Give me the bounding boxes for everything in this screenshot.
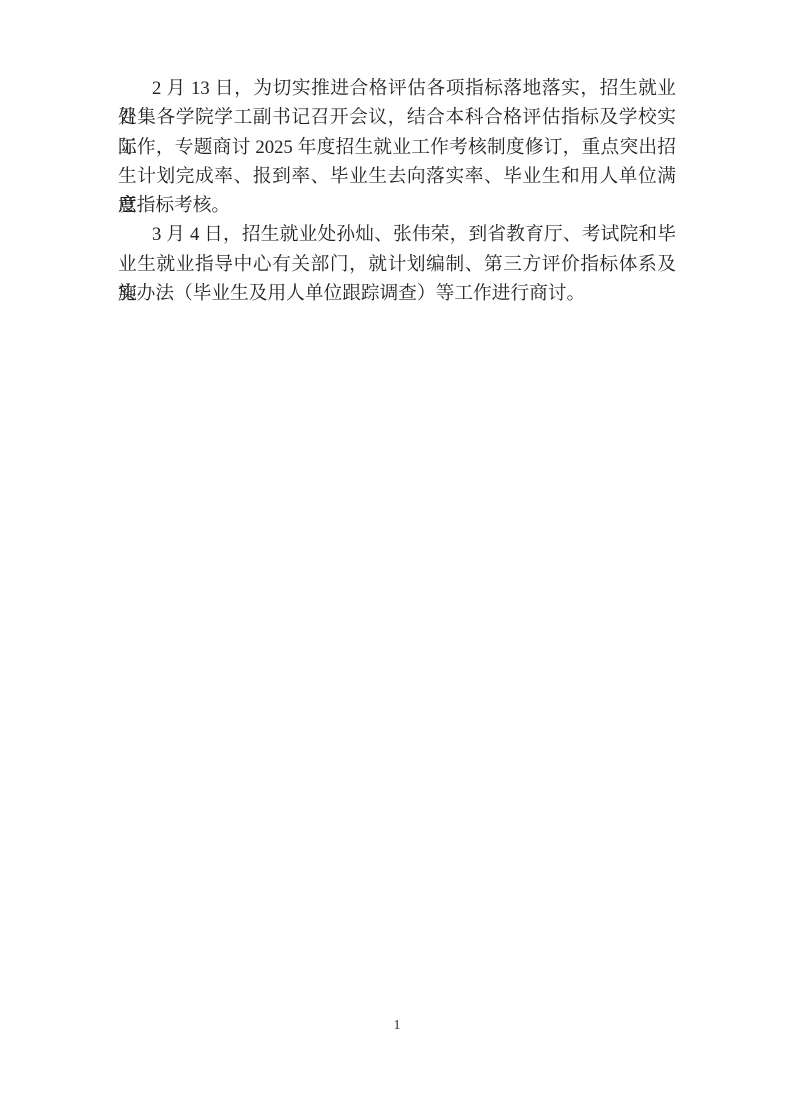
document-body: 2 月 13 日，为切实推进合格评估各项指标落地落实，招生就业处 召集各学院学工… [118, 74, 676, 308]
page-footer: 1 [0, 1016, 794, 1036]
document-page: 2 月 13 日，为切实推进合格评估各项指标落地落实，招生就业处 召集各学院学工… [0, 0, 794, 1108]
text-line: 度指标考核。 [118, 191, 676, 220]
text-line: 生计划完成率、报到率、毕业生去向落实率、毕业生和用人单位满意 [118, 162, 676, 191]
page-number: 1 [394, 1018, 401, 1033]
paragraph-1: 2 月 13 日，为切实推进合格评估各项指标落地落实，招生就业处 召集各学院学工… [118, 74, 676, 220]
text-line: 2 月 13 日，为切实推进合格评估各项指标落地落实，招生就业处 [118, 74, 676, 103]
text-line: 召集各学院学工副书记召开会议，结合本科合格评估指标及学校实际 [118, 103, 676, 132]
text-line: 3 月 4 日，招生就业处孙灿、张伟荣，到省教育厅、考试院和毕 [118, 220, 676, 249]
paragraph-2: 3 月 4 日，招生就业处孙灿、张伟荣，到省教育厅、考试院和毕 业生就业指导中心… [118, 220, 676, 308]
text-line: 施办法（毕业生及用人单位跟踪调查）等工作进行商讨。 [118, 279, 676, 308]
text-line: 业生就业指导中心有关部门，就计划编制、第三方评价指标体系及实 [118, 250, 676, 279]
text-line: 工作，专题商讨 2025 年度招生就业工作考核制度修订，重点突出招 [118, 133, 676, 162]
